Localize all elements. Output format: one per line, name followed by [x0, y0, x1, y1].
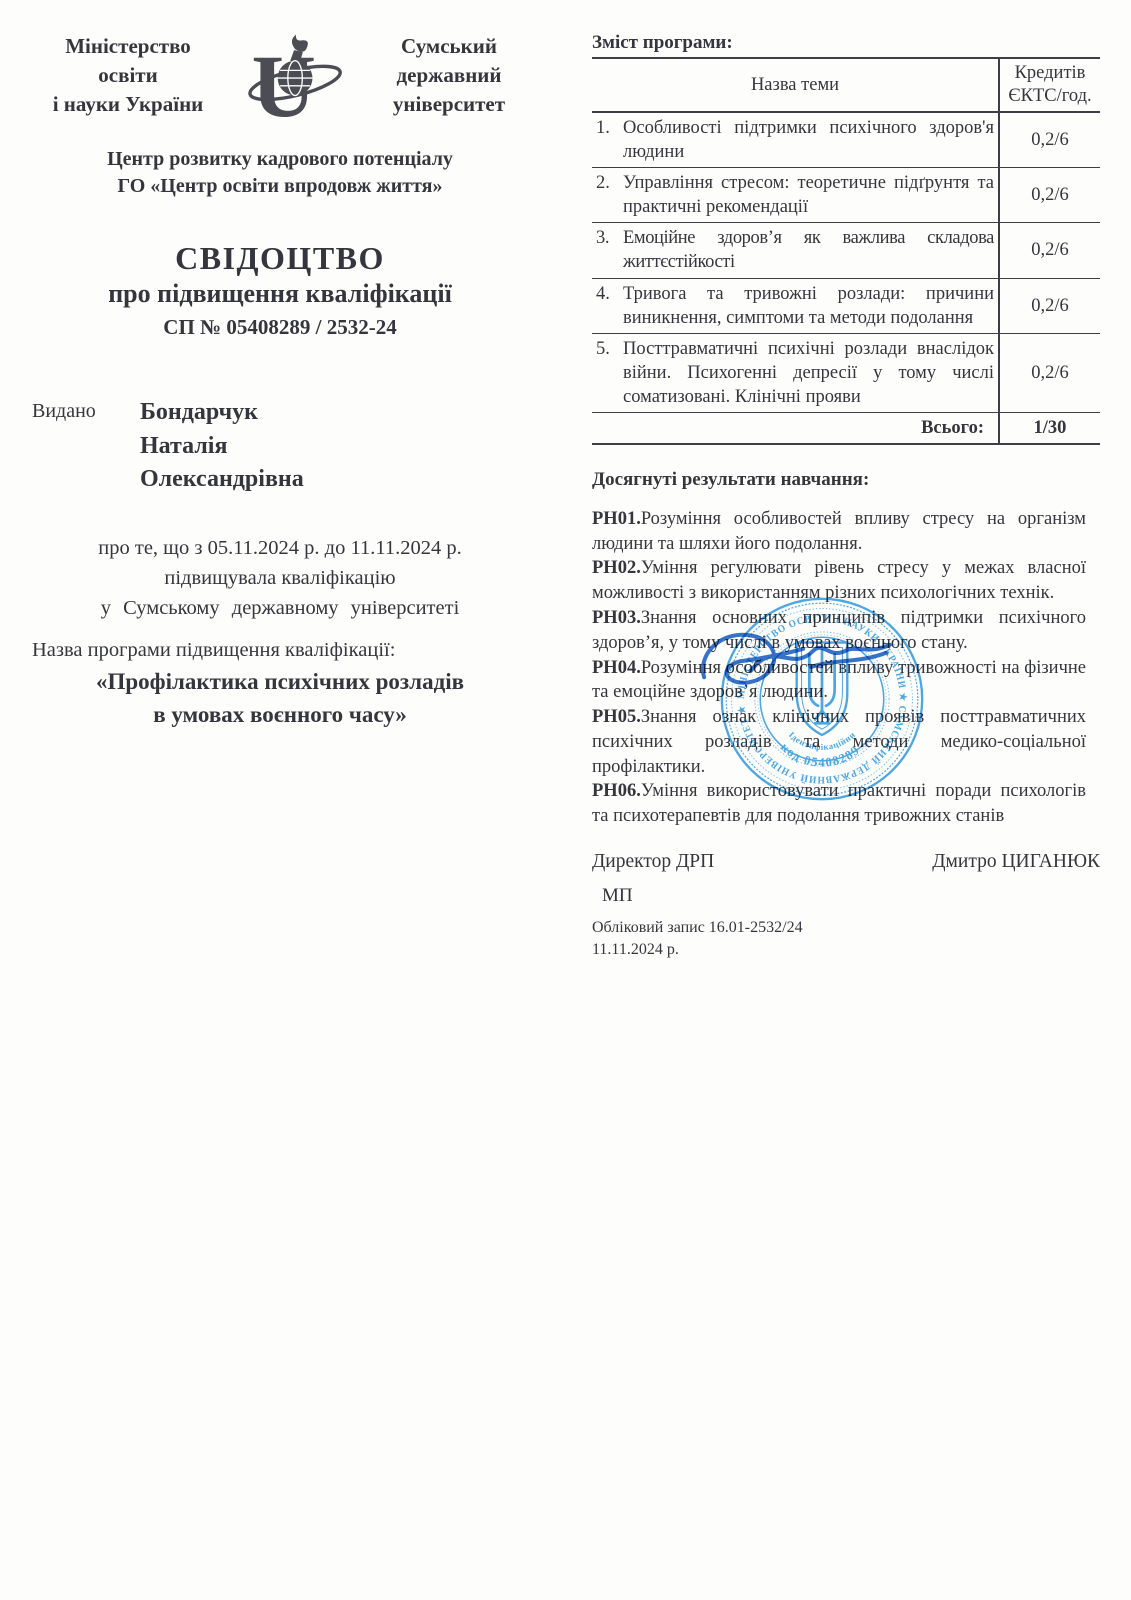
total-label: Всього: [592, 412, 999, 444]
program-name-line: в умовах воєнного часу» [32, 699, 528, 732]
ministry-line: і науки України [32, 90, 224, 119]
topic-text: Емоційне здоров’я як важлива складова жи… [623, 226, 994, 274]
logo-globe [278, 61, 313, 96]
outcome-code: РН06. [592, 781, 641, 801]
record-date: 11.11.2024 р. [592, 939, 1100, 961]
total-value: 1/30 [999, 412, 1100, 444]
signer-role: Директор ДРП [592, 851, 714, 873]
signer-name: Дмитро ЦИГАНЮК [932, 851, 1100, 873]
program-name: «Профілактика психічних розладів в умова… [32, 666, 528, 731]
table-row: 2. Управління стресом: теоретичне підґру… [592, 168, 1100, 223]
topic-number: 3. [596, 226, 623, 274]
seal-place-label: МП [592, 885, 1100, 907]
program-table: Назва теми Кредитів ЄКТС/год. 1. Особлив… [592, 57, 1100, 445]
outcome-code: РН04. [592, 658, 641, 678]
period-line: у Сумському державному університеті [32, 593, 528, 623]
topic-text: Посттравматичні психічні розлади внаслід… [623, 337, 994, 409]
program-label: Назва програми підвищення кваліфікації: [32, 639, 528, 662]
training-period: про те, що з 05.11.2024 р. до 11.11.2024… [32, 533, 528, 623]
ministry-line: Міністерство [32, 32, 224, 61]
table-row: 5. Посттравматичні психічні розлади внас… [592, 333, 1100, 412]
certificate-page: Міністерство освіти і науки України U [0, 0, 1131, 1600]
program-contents-title: Зміст програми: [592, 32, 1100, 54]
left-column: Міністерство освіти і науки України U [32, 30, 528, 731]
outcome-code: РН02. [592, 558, 641, 578]
outcomes-title: Досягнуті результати навчання: [592, 469, 1100, 491]
credits-value: 0,2/6 [999, 112, 1100, 168]
outcome-code: РН01. [592, 509, 641, 529]
signature-row: Директор ДРП Дмитро ЦИГАНЮК [592, 851, 1100, 873]
credits-column-header: Кредитів ЄКТС/год. [999, 58, 1100, 112]
period-line: про те, що з 05.11.2024 р. до 11.11.2024… [32, 533, 528, 563]
org-header: Міністерство освіти і науки України U [32, 30, 528, 132]
university-line: державний [370, 61, 528, 90]
outcome-code: РН05. [592, 707, 641, 727]
university-logo: U [239, 30, 355, 132]
table-row: 3. Емоційне здоров’я як важлива складова… [592, 223, 1100, 278]
recipient-patronymic: Олександрівна [140, 463, 304, 497]
credits-value: 0,2/6 [999, 168, 1100, 223]
issuing-center: Центр розвитку кадрового потенціалу ГО «… [32, 146, 528, 200]
table-header-row: Назва теми Кредитів ЄКТС/год. [592, 58, 1100, 112]
table-row: 4. Тривога та тривожні розлади: причини … [592, 278, 1100, 333]
certificate-subtitle: про підвищення кваліфікації [32, 279, 528, 309]
credits-value: 0,2/6 [999, 223, 1100, 278]
topic-number: 1. [596, 116, 623, 164]
credits-value: 0,2/6 [999, 333, 1100, 412]
university-name: Сумський державний університет [370, 32, 528, 119]
topic-number: 2. [596, 171, 623, 219]
ministry-name: Міністерство освіти і науки України [32, 32, 224, 119]
recipient-name: Бондарчук Наталія Олександрівна [140, 396, 304, 497]
outcome-item: РН01.Розуміння особливостей впливу стрес… [592, 507, 1086, 557]
record-number: Обліковий запис 16.01-2532/24 [592, 917, 1100, 939]
table-row: 1. Особливості підтримки психічного здор… [592, 112, 1100, 168]
outcome-code: РН03. [592, 608, 641, 628]
certificate-title: СВІДОЦТВО [32, 240, 528, 277]
topic-text: Тривога та тривожні розлади: причини вин… [623, 282, 994, 330]
topic-text: Управління стресом: теоретичне підґрунтя… [623, 171, 994, 219]
issued-label: Видано [32, 396, 140, 497]
program-name-line: «Профілактика психічних розладів [32, 666, 528, 699]
center-line: Центр розвитку кадрового потенціалу [32, 146, 528, 173]
credits-value: 0,2/6 [999, 278, 1100, 333]
table-total-row: Всього: 1/30 [592, 412, 1100, 444]
recipient-surname: Бондарчук [140, 396, 304, 430]
period-line: підвищувала кваліфікацію [32, 563, 528, 593]
topic-number: 4. [596, 282, 623, 330]
issued-to-block: Видано Бондарчук Наталія Олександрівна [32, 396, 528, 497]
topic-number: 5. [596, 337, 623, 409]
certificate-number: СП № 05408289 / 2532-24 [32, 315, 528, 340]
director-signature [698, 616, 900, 710]
university-line: університет [370, 90, 528, 119]
topic-column-header: Назва теми [592, 58, 999, 112]
topic-text: Особливості підтримки психічного здоров'… [623, 116, 994, 164]
ministry-line: освіти [32, 61, 224, 90]
registration-record: Обліковий запис 16.01-2532/24 11.11.2024… [592, 917, 1100, 962]
center-line: ГО «Центр освіти впродовж життя» [32, 173, 528, 200]
certificate-heading: СВІДОЦТВО про підвищення кваліфікації СП… [32, 240, 528, 340]
university-line: Сумський [370, 32, 528, 61]
right-column: Зміст програми: Назва теми Кредитів ЄКТС… [592, 32, 1100, 962]
outcome-text: Розуміння особливостей впливу стресу на … [592, 509, 1086, 554]
university-logo-icon: U [239, 30, 355, 132]
recipient-firstname: Наталія [140, 430, 304, 464]
